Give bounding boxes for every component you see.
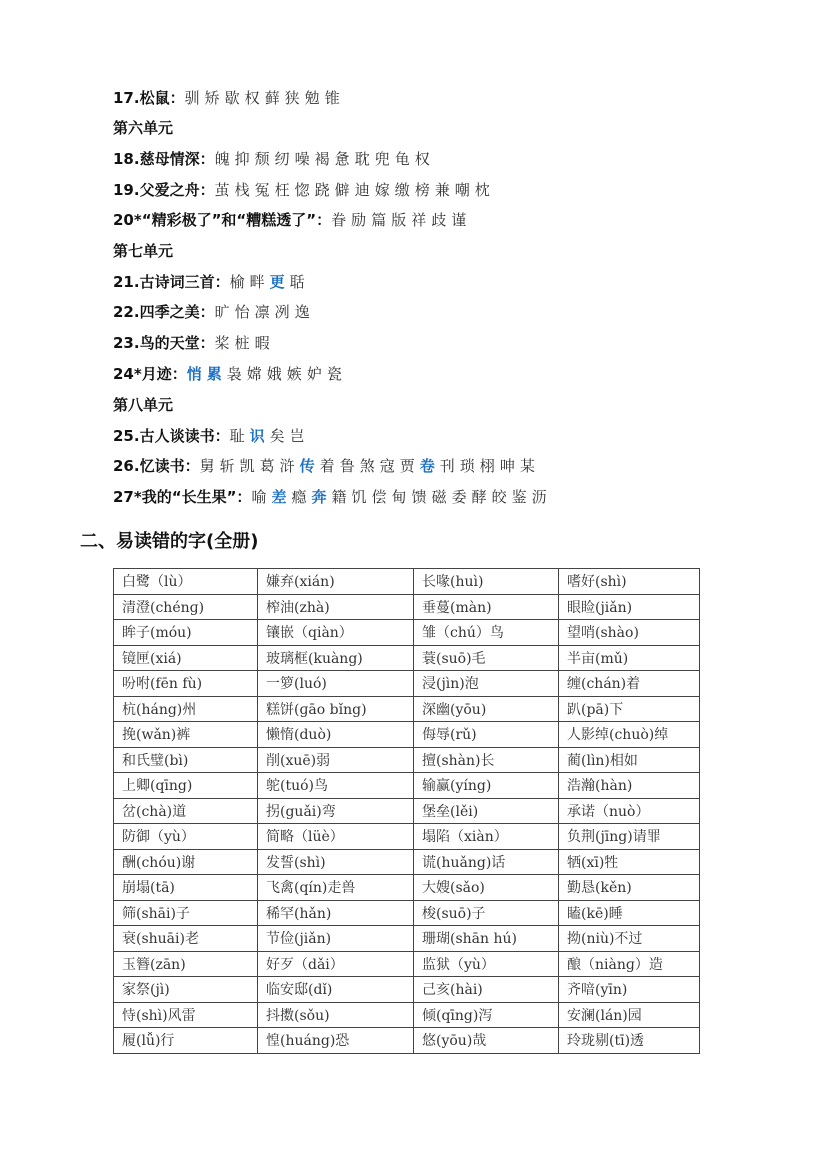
vocab-character: 岂 <box>290 427 305 445</box>
unit-heading: 第八单元 <box>113 395 173 415</box>
vocab-characters: 眷励篇版祥歧谨 <box>331 211 471 229</box>
table-cell: 雏（chú）鸟 <box>414 620 559 646</box>
vocab-character: 眷 <box>331 211 346 229</box>
lesson-title: 22.四季之美： <box>113 303 215 321</box>
table-cell: 缠(chán)着 <box>559 671 700 697</box>
table-row: 恃(shì)风雷抖擞(sǒu)倾(qīng)泻安澜(lán)园 <box>114 1002 700 1028</box>
highlighted-character: 悄 <box>187 365 202 383</box>
lesson-title: 25.古人谈读书： <box>113 427 230 445</box>
lesson-title: 24*月迹： <box>113 365 187 383</box>
table-cell: 垂蔓(màn) <box>414 594 559 620</box>
table-cell: 谎(huǎng)话 <box>414 849 559 875</box>
table-cell: 负荆(jīng)请罪 <box>559 824 700 850</box>
vocab-character: 枕 <box>475 181 490 199</box>
vocab-character: 瘾 <box>291 488 306 506</box>
vocab-character: 僻 <box>335 181 350 199</box>
table-cell: 酿（niànɡ）造 <box>559 951 700 977</box>
vocab-character: 袅 <box>227 365 242 383</box>
vocab-characters: 旷怡凛冽逸 <box>215 303 315 321</box>
lesson-title: 27*我的“长生果”： <box>113 488 251 506</box>
vocab-character: 嫁 <box>375 181 390 199</box>
table-cell: 望哨(shào) <box>559 620 700 646</box>
table-cell: 趴(pā)下 <box>559 696 700 722</box>
vocab-character: 饥 <box>352 488 367 506</box>
vocab-character: 魄 <box>215 150 230 168</box>
table-cell: 侮辱(rǔ) <box>414 722 559 748</box>
vocab-character: 委 <box>452 488 467 506</box>
table-row: 崩塌(tā)飞禽(qín)走兽大嫂(sǎo)勤恳(kěn) <box>114 875 700 901</box>
table-cell: 塌陷（xiàn） <box>414 824 559 850</box>
lesson-title: 26.忆读书： <box>113 457 200 475</box>
highlighted-character: 累 <box>207 365 222 383</box>
vocab-character: 刊 <box>440 457 455 475</box>
vocab-character: 抑 <box>235 150 250 168</box>
vocab-character: 藓 <box>265 89 280 107</box>
table-cell: 上卿(qīng) <box>114 773 258 799</box>
vocab-characters: 桨桩暇 <box>215 334 275 352</box>
table-cell: 杭(háng)州 <box>114 696 258 722</box>
misread-characters-table: 白鹭（lù）嫌弃(xián)长喙(huì)嗜好(shì)清澄(chénɡ)榨油(… <box>113 568 700 1054</box>
vocab-character: 谨 <box>451 211 466 229</box>
vocab-character: 皎 <box>492 488 507 506</box>
table-cell: 简略（lüè） <box>258 824 414 850</box>
lesson-line: 18.慈母情深：魄抑颓纫噪褐惫耽兜龟权 <box>113 149 435 169</box>
table-cell: 蔺(lìn)相如 <box>559 747 700 773</box>
vocab-character: 葛 <box>260 457 275 475</box>
table-row: 上卿(qīng)鸵(tuó)鸟输赢(yíng)浩瀚(hàn) <box>114 773 700 799</box>
table-row: 眸子(móu)镶嵌（qiàn）雏（chú）鸟望哨(shào) <box>114 620 700 646</box>
vocab-character: 迪 <box>355 181 370 199</box>
vocab-character: 纫 <box>275 150 290 168</box>
table-row: 家祭(jì)临安邸(dǐ)己亥(hài)齐喑(yīn) <box>114 977 700 1003</box>
table-row: 防御（yù）简略（lüè）塌陷（xiàn）负荆(jīng)请罪 <box>114 824 700 850</box>
section-title-misread-characters: 二、易读错的字(全册) <box>80 527 258 553</box>
table-cell: 镜匣(xiá) <box>114 645 258 671</box>
table-cell: 安澜(lán)园 <box>559 1002 700 1028</box>
vocab-character: 舅 <box>200 457 215 475</box>
table-cell: 镶嵌（qiàn） <box>258 620 414 646</box>
unit-heading: 第六单元 <box>113 118 173 138</box>
table-row: 和氏璧(bì)削(xuē)弱擅(shàn)长蔺(lìn)相如 <box>114 747 700 773</box>
table-cell: 珊瑚(shān hú) <box>414 926 559 952</box>
table-cell: 削(xuē)弱 <box>258 747 414 773</box>
table-cell: 崩塌(tā) <box>114 875 258 901</box>
table-cell: 输赢(yíng) <box>414 773 559 799</box>
table-cell: 飞禽(qín)走兽 <box>258 875 414 901</box>
vocab-character: 暇 <box>255 334 270 352</box>
vocab-character: 冽 <box>275 303 290 321</box>
table-cell: 勤恳(kěn) <box>559 875 700 901</box>
highlighted-character: 差 <box>271 488 286 506</box>
vocab-character: 斩 <box>220 457 235 475</box>
table-cell: 懒惰(duò) <box>258 722 414 748</box>
vocab-characters: 喻差瘾奔籍饥偿甸馈磁委酵皎鉴沥 <box>251 488 551 506</box>
vocab-character: 篇 <box>371 211 386 229</box>
table-cell: 眸子(móu) <box>114 620 258 646</box>
lesson-title: 19.父爱之舟： <box>113 181 215 199</box>
table-cell: 蓑(suō)毛 <box>414 645 559 671</box>
vocab-character: 着 <box>320 457 335 475</box>
table-cell: 嗜好(shì) <box>559 569 700 595</box>
vocab-character: 嘲 <box>455 181 470 199</box>
vocab-character: 籍 <box>332 488 347 506</box>
vocab-character: 权 <box>415 150 430 168</box>
vocab-character: 狭 <box>285 89 300 107</box>
table-row: 履(lǚ)行惶(huáng)恐悠(yōu)哉玲珑剔(tī)透 <box>114 1028 700 1054</box>
vocab-character: 怡 <box>235 303 250 321</box>
vocab-character: 鉴 <box>512 488 527 506</box>
table-cell: 监狱（yù） <box>414 951 559 977</box>
vocab-character: 凛 <box>255 303 270 321</box>
table-cell: 恃(shì)风雷 <box>114 1002 258 1028</box>
vocab-character: 娥 <box>267 365 282 383</box>
vocab-character: 兼 <box>435 181 450 199</box>
lesson-title: 23.鸟的天堂： <box>113 334 215 352</box>
vocab-character: 妒 <box>307 365 322 383</box>
vocab-character: 旷 <box>215 303 230 321</box>
lesson-title: 18.慈母情深： <box>113 150 215 168</box>
vocab-character: 浒 <box>280 457 295 475</box>
table-cell: 节俭(jiǎn) <box>258 926 414 952</box>
table-cell: 惶(huáng)恐 <box>258 1028 414 1054</box>
lesson-line: 17.松鼠：驯矫歇权藓狭勉锥 <box>113 88 345 108</box>
lesson-line: 21.古诗词三首：榆畔更聒 <box>113 272 310 292</box>
vocab-character: 聒 <box>290 273 305 291</box>
lesson-line: 25.古人谈读书：耻识矣岂 <box>113 426 310 446</box>
vocab-characters: 茧栈冤枉惚跷僻迪嫁缴榜兼嘲枕 <box>215 181 495 199</box>
table-cell: 挽(wǎn)裤 <box>114 722 258 748</box>
vocab-character: 酵 <box>472 488 487 506</box>
table-cell: 筛(shāi)子 <box>114 900 258 926</box>
vocab-character: 嫉 <box>287 365 302 383</box>
vocab-character: 畔 <box>250 273 265 291</box>
highlighted-character: 奔 <box>311 488 326 506</box>
vocab-character: 驯 <box>185 89 200 107</box>
table-cell: 堡垒(lěi) <box>414 798 559 824</box>
vocab-character: 跷 <box>315 181 330 199</box>
vocab-character: 喻 <box>251 488 266 506</box>
lesson-line: 27*我的“长生果”：喻差瘾奔籍饥偿甸馈磁委酵皎鉴沥 <box>113 487 552 507</box>
vocab-character: 贾 <box>400 457 415 475</box>
table-cell: 抖擞(sǒu) <box>258 1002 414 1028</box>
highlighted-character: 卷 <box>420 457 435 475</box>
unit-heading: 第七单元 <box>113 241 173 261</box>
vocab-character: 桨 <box>215 334 230 352</box>
table-row: 筛(shāi)子稀罕(hǎn)梭(suō)子瞌(kē)睡 <box>114 900 700 926</box>
vocab-character: 勉 <box>305 89 320 107</box>
table-cell: 拐(guǎi)弯 <box>258 798 414 824</box>
table-cell: 己亥(hài) <box>414 977 559 1003</box>
vocab-character: 寇 <box>380 457 395 475</box>
table-cell: 履(lǚ)行 <box>114 1028 258 1054</box>
table-row: 酬(chóu)谢发誓(shì)谎(huǎng)话牺(xī)牲 <box>114 849 700 875</box>
table-cell: 清澄(chénɡ) <box>114 594 258 620</box>
table-row: 白鹭（lù）嫌弃(xián)长喙(huì)嗜好(shì) <box>114 569 700 595</box>
table-cell: 牺(xī)牲 <box>559 849 700 875</box>
table-cell: 齐喑(yīn) <box>559 977 700 1003</box>
table-cell: 眼睑(jiǎn) <box>559 594 700 620</box>
vocab-character: 励 <box>351 211 366 229</box>
vocab-character: 逸 <box>295 303 310 321</box>
vocab-character: 兜 <box>375 150 390 168</box>
vocab-character: 惚 <box>295 181 310 199</box>
table-cell: 拗(niù)不过 <box>559 926 700 952</box>
table-cell: 倾(qīng)泻 <box>414 1002 559 1028</box>
vocab-character: 榆 <box>230 273 245 291</box>
vocab-character: 茧 <box>215 181 230 199</box>
table-cell: 和氏璧(bì) <box>114 747 258 773</box>
vocab-character: 沥 <box>532 488 547 506</box>
highlighted-character: 传 <box>300 457 315 475</box>
vocab-character: 褐 <box>315 150 330 168</box>
table-cell: 人影绰(chuò)绰 <box>559 722 700 748</box>
table-row: 杭(háng)州糕饼(ɡāo bǐng)深幽(yōu)趴(pā)下 <box>114 696 700 722</box>
table-cell: 糕饼(ɡāo bǐng) <box>258 696 414 722</box>
table-cell: 玲珑剔(tī)透 <box>559 1028 700 1054</box>
table-cell: 稀罕(hǎn) <box>258 900 414 926</box>
vocab-character: 祥 <box>411 211 426 229</box>
table-cell: 榨油(zhà) <box>258 594 414 620</box>
vocab-character: 嫦 <box>247 365 262 383</box>
vocab-character: 耽 <box>355 150 370 168</box>
vocab-character: 噪 <box>295 150 310 168</box>
vocab-character: 甸 <box>392 488 407 506</box>
lesson-line: 22.四季之美：旷怡凛冽逸 <box>113 302 315 322</box>
table-cell: 悠(yōu)哉 <box>414 1028 559 1054</box>
vocab-character: 栩 <box>480 457 495 475</box>
vocab-character: 馈 <box>412 488 427 506</box>
table-cell: 深幽(yōu) <box>414 696 559 722</box>
vocab-character: 栈 <box>235 181 250 199</box>
lesson-line: 19.父爱之舟：茧栈冤枉惚跷僻迪嫁缴榜兼嘲枕 <box>113 180 495 200</box>
highlighted-character: 更 <box>270 273 285 291</box>
lesson-line: 23.鸟的天堂：桨桩暇 <box>113 333 275 353</box>
vocab-characters: 耻识矣岂 <box>230 427 310 445</box>
table-cell: 岔(chà)道 <box>114 798 258 824</box>
table-cell: 承诺（nuò） <box>559 798 700 824</box>
vocab-character: 煞 <box>360 457 375 475</box>
table-row: 吩咐(fēn fù)一箩(luó)浸(jìn)泡缠(chán)着 <box>114 671 700 697</box>
table-row: 衰(shuāi)老节俭(jiǎn)珊瑚(shān hú)拗(niù)不过 <box>114 926 700 952</box>
vocab-character: 桩 <box>235 334 250 352</box>
table-row: 挽(wǎn)裤懒惰(duò)侮辱(rǔ)人影绰(chuò)绰 <box>114 722 700 748</box>
table-body: 白鹭（lù）嫌弃(xián)长喙(huì)嗜好(shì)清澄(chénɡ)榨油(… <box>114 569 700 1054</box>
table-cell: 浸(jìn)泡 <box>414 671 559 697</box>
table-cell: 梭(suō)子 <box>414 900 559 926</box>
lesson-title: 21.古诗词三首： <box>113 273 230 291</box>
lesson-title: 17.松鼠： <box>113 89 185 107</box>
vocab-characters: 驯矫歇权藓狭勉锥 <box>185 89 345 107</box>
table-row: 镜匣(xiá)玻璃框(kuàng)蓑(suō)毛半亩(mǔ) <box>114 645 700 671</box>
vocab-character: 耻 <box>230 427 245 445</box>
vocab-character: 呻 <box>500 457 515 475</box>
table-cell: 好歹（dǎi） <box>258 951 414 977</box>
table-row: 玉簪(zān)好歹（dǎi）监狱（yù）酿（niànɡ）造 <box>114 951 700 977</box>
vocab-character: 凯 <box>240 457 255 475</box>
vocab-character: 枉 <box>275 181 290 199</box>
vocab-character: 缴 <box>395 181 410 199</box>
table-cell: 防御（yù） <box>114 824 258 850</box>
highlighted-character: 识 <box>250 427 265 445</box>
lesson-line: 26.忆读书：舅斩凯葛浒传着鲁煞寇贾卷刊琐栩呻某 <box>113 456 540 476</box>
table-cell: 临安邸(dǐ) <box>258 977 414 1003</box>
vocab-characters: 悄累袅嫦娥嫉妒瓷 <box>187 365 347 383</box>
lesson-title: 20*“精彩极了”和“糟糕透了”： <box>113 211 331 229</box>
table-cell: 白鹭（lù） <box>114 569 258 595</box>
table-cell: 酬(chóu)谢 <box>114 849 258 875</box>
vocab-character: 矫 <box>205 89 220 107</box>
table-cell: 半亩(mǔ) <box>559 645 700 671</box>
table-cell: 家祭(jì) <box>114 977 258 1003</box>
vocab-characters: 舅斩凯葛浒传着鲁煞寇贾卷刊琐栩呻某 <box>200 457 540 475</box>
vocab-character: 惫 <box>335 150 350 168</box>
table-cell: 大嫂(sǎo) <box>414 875 559 901</box>
vocab-character: 偿 <box>372 488 387 506</box>
table-cell: 长喙(huì) <box>414 569 559 595</box>
table-cell: 鸵(tuó)鸟 <box>258 773 414 799</box>
vocab-character: 版 <box>391 211 406 229</box>
vocab-character: 锥 <box>325 89 340 107</box>
vocab-character: 琐 <box>460 457 475 475</box>
table-row: 岔(chà)道拐(guǎi)弯堡垒(lěi)承诺（nuò） <box>114 798 700 824</box>
table-cell: 浩瀚(hàn) <box>559 773 700 799</box>
vocab-character: 歇 <box>225 89 240 107</box>
table-cell: 嫌弃(xián) <box>258 569 414 595</box>
vocab-characters: 魄抑颓纫噪褐惫耽兜龟权 <box>215 150 435 168</box>
lesson-line: 24*月迹：悄累袅嫦娥嫉妒瓷 <box>113 364 347 384</box>
table-row: 清澄(chénɡ)榨油(zhà)垂蔓(màn)眼睑(jiǎn) <box>114 594 700 620</box>
lesson-line: 20*“精彩极了”和“糟糕透了”：眷励篇版祥歧谨 <box>113 210 471 230</box>
table-cell: 玉簪(zān) <box>114 951 258 977</box>
vocab-character: 龟 <box>395 150 410 168</box>
table-cell: 衰(shuāi)老 <box>114 926 258 952</box>
vocab-character: 冤 <box>255 181 270 199</box>
vocab-character: 瓷 <box>327 365 342 383</box>
vocab-character: 歧 <box>431 211 446 229</box>
table-cell: 发誓(shì) <box>258 849 414 875</box>
vocab-characters: 榆畔更聒 <box>230 273 310 291</box>
table-cell: 一箩(luó) <box>258 671 414 697</box>
vocab-character: 某 <box>520 457 535 475</box>
table-cell: 吩咐(fēn fù) <box>114 671 258 697</box>
table-cell: 瞌(kē)睡 <box>559 900 700 926</box>
vocab-character: 矣 <box>270 427 285 445</box>
vocab-character: 榜 <box>415 181 430 199</box>
vocab-character: 鲁 <box>340 457 355 475</box>
vocab-character: 颓 <box>255 150 270 168</box>
table-cell: 擅(shàn)长 <box>414 747 559 773</box>
table-cell: 玻璃框(kuàng) <box>258 645 414 671</box>
vocab-character: 权 <box>245 89 260 107</box>
vocab-character: 磁 <box>432 488 447 506</box>
